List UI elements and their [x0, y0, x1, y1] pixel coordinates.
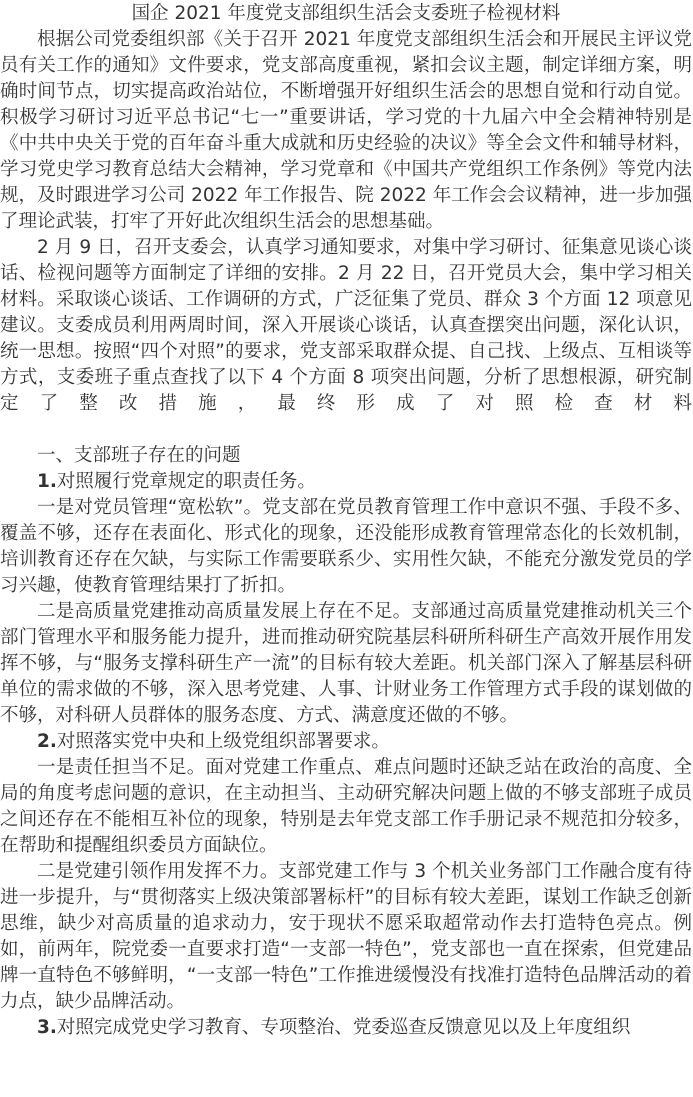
blank-line	[0, 417, 692, 443]
item-1-paragraph-1: 一是对党员管理“宽松软”。党支部在党员教育管理工作中意识不强、手段不多、覆盖不够…	[0, 495, 692, 599]
intro-paragraph-2: 2 月 9 日，召开支委会，认真学习通知要求，对集中学习研讨、征集意见谈心谈话、…	[0, 235, 692, 417]
document-title: 国企 2021 年度党支部组织生活会支委班子检视材料	[0, 0, 692, 27]
item-2-number: 2.	[37, 731, 57, 752]
item-1-title: 对照履行党章规定的职责任务。	[57, 471, 316, 492]
item-1-number: 1.	[37, 471, 57, 492]
document-page: 国企 2021 年度党支部组织生活会支委班子检视材料 根据公司党委组织部《关于召…	[0, 0, 693, 1041]
item-1-heading: 1.对照履行党章规定的职责任务。	[0, 469, 692, 495]
intro-paragraph-1: 根据公司党委组织部《关于召开 2021 年度党支部组织生活会和开展民主评议党员有…	[0, 27, 692, 235]
item-2-title: 对照落实党中央和上级党组织部署要求。	[57, 731, 390, 752]
item-3-title: 对照完成党史学习教育、专项整治、党委巡查反馈意见以及上年度组织	[57, 1017, 631, 1038]
item-2-paragraph-1: 一是责任担当不足。面对党建工作重点、难点问题时还缺乏站在政治的高度、全局的角度考…	[0, 755, 692, 859]
item-3-heading: 3.对照完成党史学习教育、专项整治、党委巡查反馈意见以及上年度组织	[0, 1015, 692, 1041]
item-2-heading: 2.对照落实党中央和上级党组织部署要求。	[0, 729, 692, 755]
section-heading: 一、支部班子存在的问题	[0, 443, 692, 469]
item-1-paragraph-2: 二是高质量党建推动高质量发展上存在不足。支部通过高质量党建推动机关三个部门管理水…	[0, 599, 692, 729]
item-3-number: 3.	[37, 1017, 57, 1038]
item-2-paragraph-2: 二是党建引领作用发挥不力。支部党建工作与 3 个机关业务部门工作融合度有待进一步…	[0, 859, 692, 1015]
